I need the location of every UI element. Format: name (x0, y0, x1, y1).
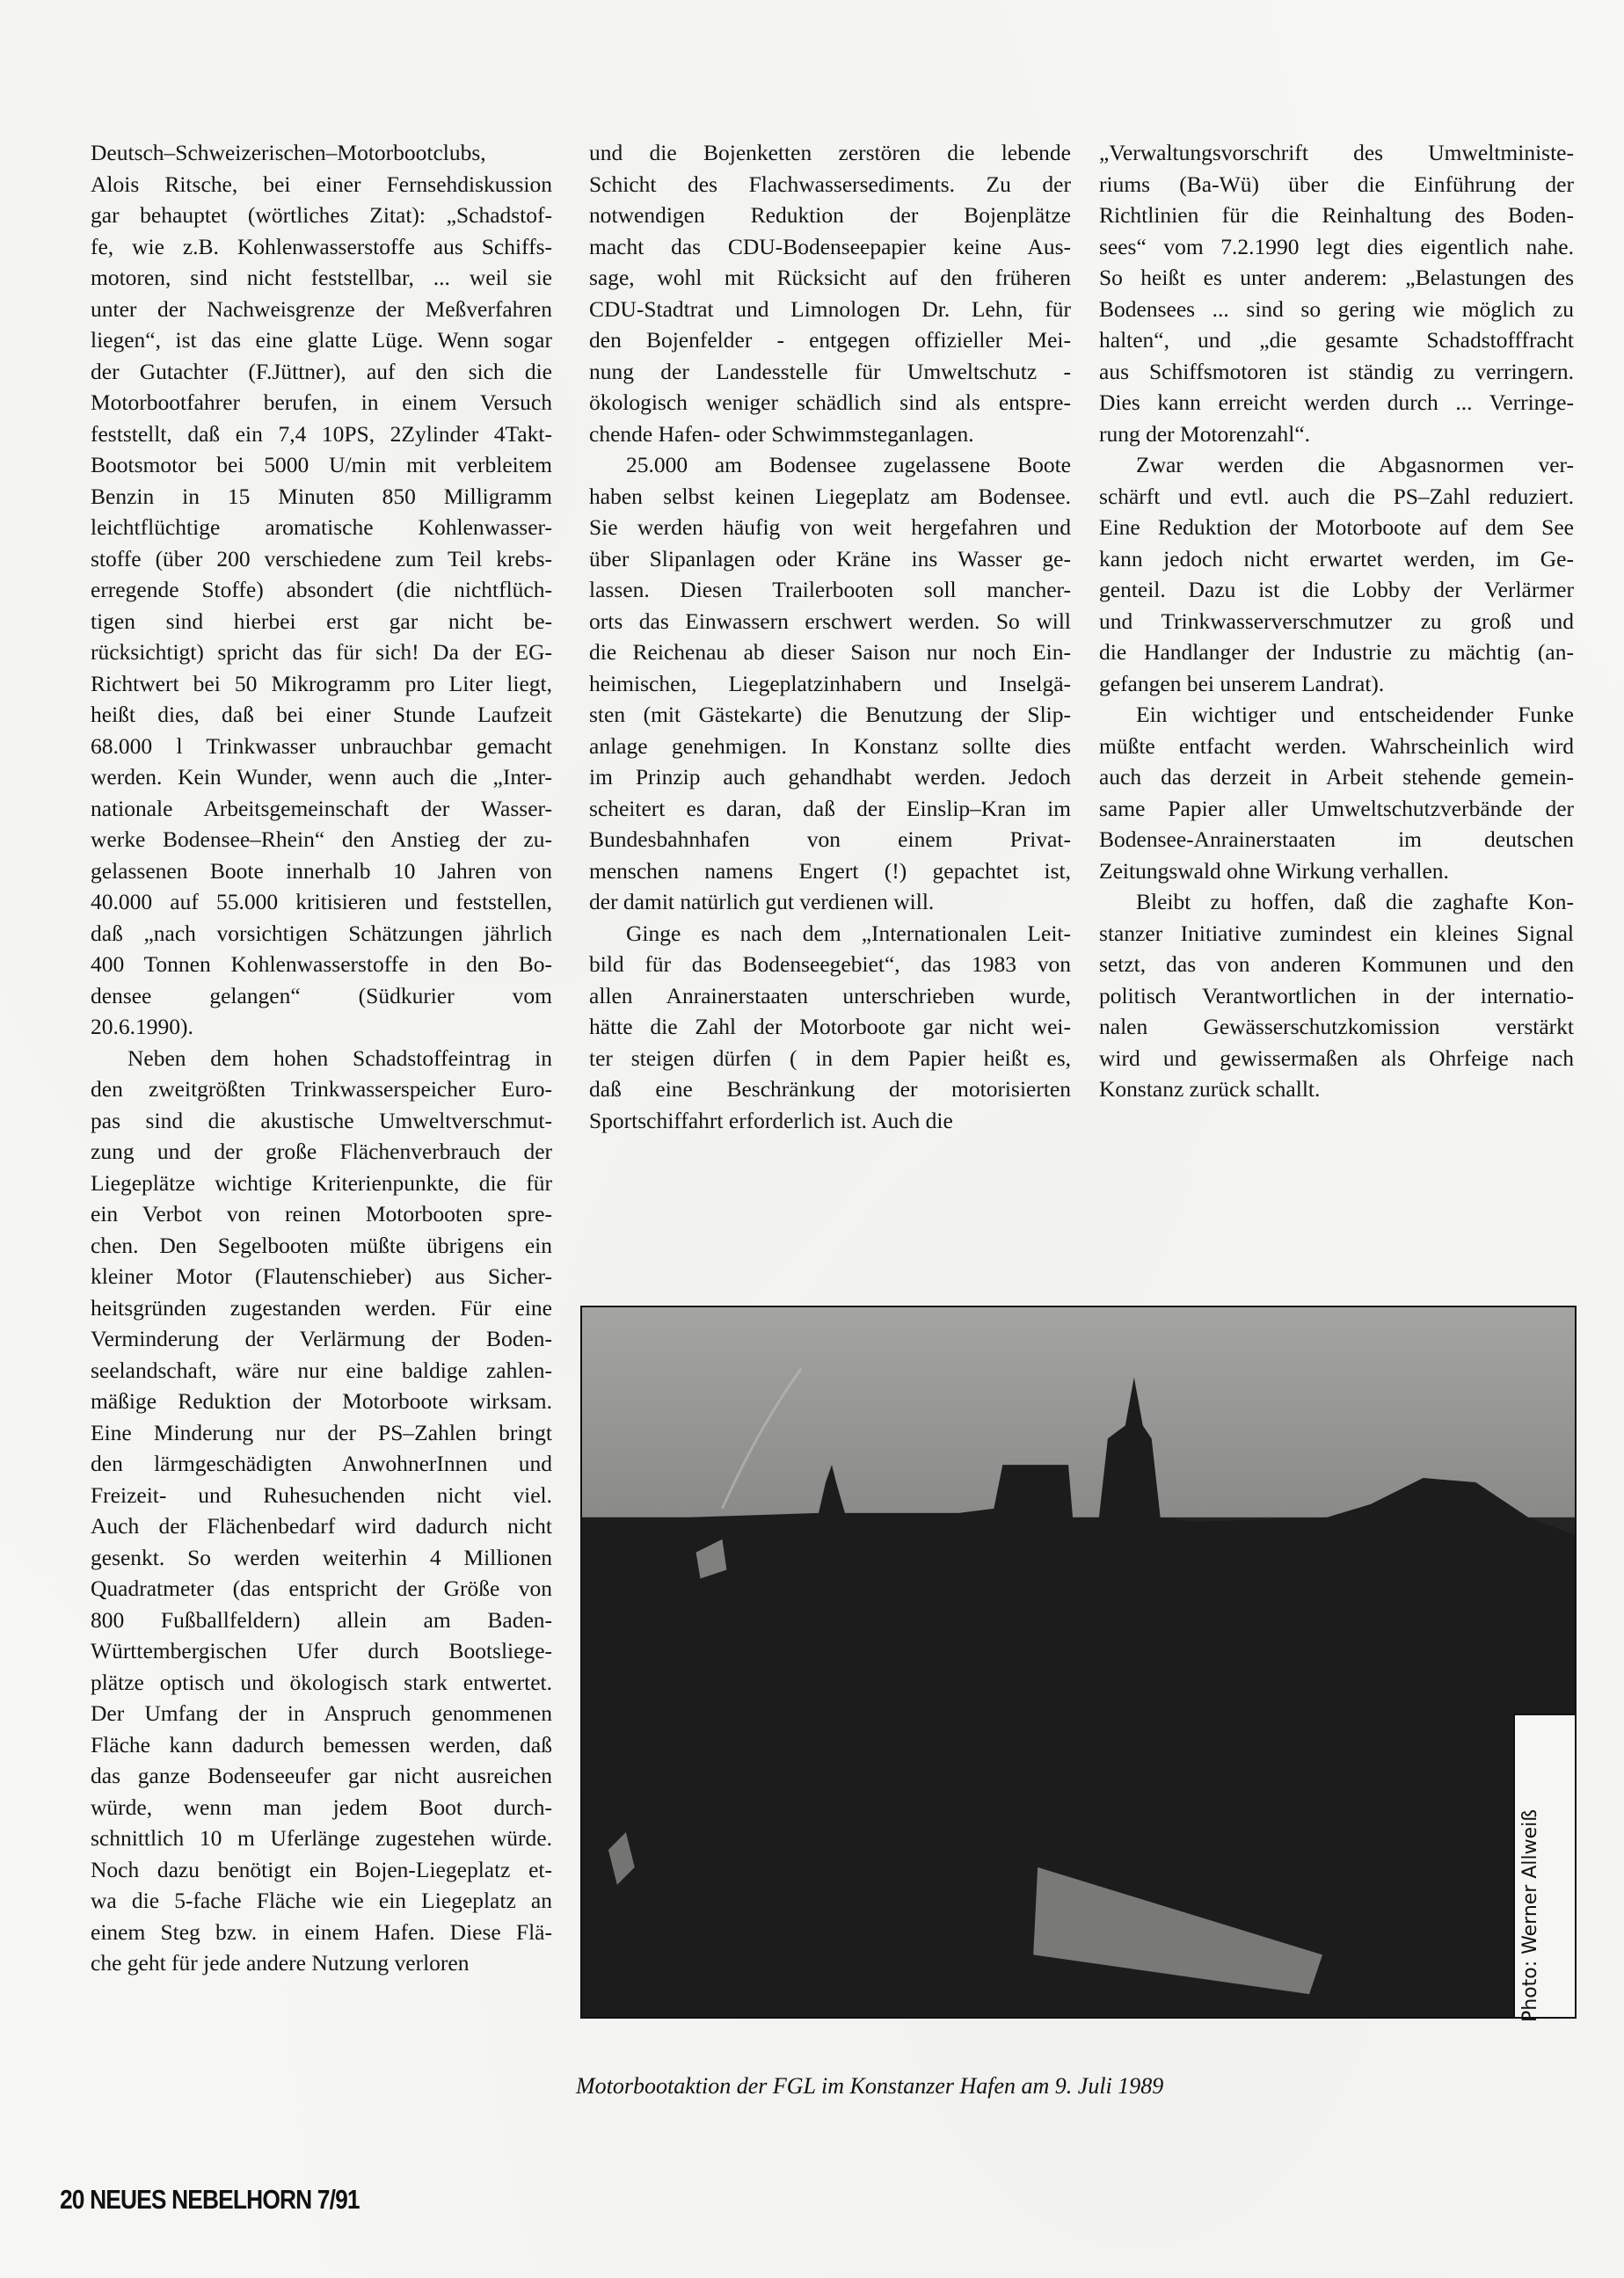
text-line: sten (mit Gästekarte) die Benutzung der … (589, 699, 1071, 731)
text-line: Freizeit- und Ruhesuchenden nicht viel. (91, 1480, 552, 1511)
text-line: der damit natürlich gut verdienen will. (589, 886, 1071, 918)
text-line: nalen Gewässerschutzkomission verstärkt (1099, 1011, 1574, 1043)
text-line: liegen“, ist das eine glatte Lüge. Wenn … (91, 324, 552, 356)
text-line: seelandschaft, wäre nur eine baldige zah… (91, 1355, 552, 1386)
text-line: wird und gewissermaßen als Ohrfeige nach (1099, 1043, 1574, 1074)
text-line: schärft und evtl. auch die PS–Zahl reduz… (1099, 481, 1574, 513)
harbour-photo (580, 1306, 1577, 2019)
text-line: menschen namens Engert (!) gepachtet ist… (589, 855, 1071, 887)
article-paragraph: Neben dem hohen Schadstoffeintrag inden … (91, 1043, 552, 1979)
text-line: setzt, das von anderen Kommunen und den (1099, 949, 1574, 980)
text-line: heitsgründen zugestanden werden. Für ein… (91, 1292, 552, 1324)
text-line: Sportschiffahrt erforderlich ist. Auch d… (589, 1105, 1071, 1137)
text-line: kann jedoch nicht erwartet werden, im Ge… (1099, 543, 1574, 575)
text-line: Bootsmotor bei 5000 U/min mit verbleitem (91, 449, 552, 481)
text-line: mäßige Reduktion der Motorboote wirksam. (91, 1386, 552, 1417)
text-line: den lärmgeschädigten AnwohnerInnen und (91, 1448, 552, 1480)
text-line: ter steigen dürfen ( in dem Papier heißt… (589, 1043, 1071, 1074)
text-line: Konstanz zurück schallt. (1099, 1073, 1574, 1105)
text-line: im Prinzip auch gehandhabt werden. Jedoc… (589, 761, 1071, 793)
text-line: das ganze Bodenseeufer gar nicht ausreic… (91, 1760, 552, 1792)
text-line: stoffe (über 200 verschiedene zum Teil k… (91, 543, 552, 575)
text-line: daß eine Beschränkung der motorisierten (589, 1073, 1071, 1105)
text-line: erregende Stoffe) absondert (die nichtfl… (91, 574, 552, 606)
text-line: bild für das Bodenseegebiet“, das 1983 v… (589, 949, 1071, 980)
text-line: 800 Fußballfeldern) allein am Baden- (91, 1605, 552, 1636)
text-line: gefangen bei unserem Landrat). (1099, 668, 1574, 700)
text-line: CDU-Stadtrat und Limnologen Dr. Lehn, fü… (589, 294, 1071, 325)
text-line: Richtwert bei 50 Mikrogramm pro Liter li… (91, 668, 552, 700)
text-line: Benzin in 15 Minuten 850 Milligramm (91, 481, 552, 513)
text-line: Verminderung der Verlärmung der Boden- (91, 1323, 552, 1355)
text-line: rung der Motorenzahl“. (1099, 418, 1574, 450)
magazine-page: Deutsch–Schweizerischen–Motorbootclubs,A… (0, 0, 1624, 2278)
text-line: halten“, und „die gesamte Schadstofffrac… (1099, 324, 1574, 356)
text-line: same Papier aller Umweltschutzverbände d… (1099, 793, 1574, 825)
text-line: plätze optisch und ökologisch stark entw… (91, 1667, 552, 1699)
text-line: notwendigen Reduktion der Bojenplätze (589, 200, 1071, 231)
text-line: werke Bodensee–Rhein“ den Anstieg der zu… (91, 824, 552, 855)
text-line: genteil. Dazu ist die Lobby der Verlärme… (1099, 574, 1574, 606)
text-line: daß „nach vorsichtigen Schätzungen jährl… (91, 918, 552, 950)
text-line: Ein wichtiger und entscheidender Funke (1099, 699, 1574, 731)
text-line: gesenkt. So werden weiterhin 4 Millionen (91, 1542, 552, 1574)
text-line: pas sind die akustische Umweltverschmut- (91, 1105, 552, 1137)
text-line: rücksichtigt) spricht das für sich! Da d… (91, 637, 552, 668)
text-line: Bleibt zu hoffen, daß die zaghafte Kon- (1099, 886, 1574, 918)
text-line: Zeitungswald ohne Wirkung verhallen. (1099, 855, 1574, 887)
text-line: müßte entfacht werden. Wahrscheinlich wi… (1099, 731, 1574, 762)
text-line: 68.000 l Trinkwasser unbrauchbar gemacht (91, 731, 552, 762)
article-column-2: und die Bojenketten zerstören die lebend… (589, 137, 1071, 1136)
text-line: Motorbootfahrer berufen, in einem Versuc… (91, 387, 552, 418)
article-paragraph: „Verwaltungsvorschrift des Umweltministe… (1099, 137, 1574, 449)
text-line: und die Bojenketten zerstören die lebend… (589, 137, 1071, 169)
text-line: Bundesbahnhafen von einem Privat- (589, 824, 1071, 855)
text-line: Liegeplätze wichtige Kriterienpunkte, di… (91, 1168, 552, 1199)
text-line: Eine Minderung nur der PS–Zahlen bringt (91, 1417, 552, 1449)
text-line: gar behauptet (wörtliches Zitat): „Schad… (91, 200, 552, 231)
text-line: ein Verbot von reinen Motorbooten spre- (91, 1198, 552, 1230)
text-line: über Slipanlagen oder Kräne ins Wasser g… (589, 543, 1071, 575)
text-line: Neben dem hohen Schadstoffeintrag in (91, 1043, 552, 1074)
text-line: leichtflüchtige aromatische Kohlenwasser… (91, 512, 552, 543)
text-line: werden. Kein Wunder, wenn auch die „Inte… (91, 761, 552, 793)
text-line: chen. Den Segelbooten müßte übrigens ein (91, 1230, 552, 1262)
text-line: stanzer Initiative zumindest ein kleines… (1099, 918, 1574, 950)
text-line: motoren, sind nicht feststellbar, ... we… (91, 262, 552, 294)
text-line: kleiner Motor (Flautenschieber) aus Sich… (91, 1261, 552, 1292)
text-line: Deutsch–Schweizerischen–Motorbootclubs, (91, 137, 552, 169)
text-line: macht das CDU-Bodenseepapier keine Aus- (589, 231, 1071, 263)
text-line: 20.6.1990). (91, 1011, 552, 1043)
article-paragraph: Ginge es nach dem „Internationalen Leit-… (589, 918, 1071, 1137)
text-line: die Handlanger der Industrie zu mächtig … (1099, 637, 1574, 668)
text-line: aus Schiffsmotoren ist ständig zu verrin… (1099, 356, 1574, 388)
text-line: Alois Ritsche, bei einer Fernsehdiskussi… (91, 169, 552, 200)
text-line: ökologisch weniger schädlich sind als en… (589, 387, 1071, 418)
text-line: che geht für jede andere Nutzung verlore… (91, 1947, 552, 1979)
text-line: scheitert es daran, daß der Einslip–Kran… (589, 793, 1071, 825)
text-line: tigen sind hierbei erst gar nicht be- (91, 606, 552, 637)
text-line: politisch Verantwortlichen in der intern… (1099, 980, 1574, 1012)
text-line: 25.000 am Bodensee zugelassene Boote (589, 449, 1071, 481)
text-line: 400 Tonnen Kohlenwasserstoffe in den Bo- (91, 949, 552, 980)
text-line: orts das Einwassern erschwert werden. So… (589, 606, 1071, 637)
text-line: 40.000 auf 55.000 kritisieren und festst… (91, 886, 552, 918)
text-line: wa die 5-fache Fläche wie ein Liegeplatz… (91, 1885, 552, 1917)
text-line: würde, wenn man jedem Boot durch- (91, 1792, 552, 1823)
text-line: Quadratmeter (das entspricht der Größe v… (91, 1573, 552, 1605)
text-line: Bodensees ... sind so gering wie möglich… (1099, 294, 1574, 325)
article-paragraph: Deutsch–Schweizerischen–Motorbootclubs,A… (91, 137, 552, 1043)
text-line: nung der Landesstelle für Umweltschutz - (589, 356, 1071, 388)
text-line: Noch dazu benötigt ein Bojen-Liegeplatz … (91, 1854, 552, 1886)
text-line: gelassenen Boote innerhalb 10 Jahren von (91, 855, 552, 887)
text-line: densee gelangen“ (Südkurier vom (91, 980, 552, 1012)
photo-caption: Motorbootaktion der FGL im Konstanzer Ha… (576, 2073, 1163, 2100)
text-line: haben selbst keinen Liegeplatz am Bodens… (589, 481, 1071, 513)
text-line: den zweitgrößten Trinkwasserspeicher Eur… (91, 1073, 552, 1105)
text-line: fe, wie z.B. Kohlenwasserstoffe aus Schi… (91, 231, 552, 263)
article-paragraph: Bleibt zu hoffen, daß die zaghafte Kon-s… (1099, 886, 1574, 1105)
text-line: feststellt, daß ein 7,4 10PS, 2Zylinder … (91, 418, 552, 450)
page-footer: 20 NEUES NEBELHORN 7/91 (60, 2184, 360, 2216)
article-column-3: „Verwaltungsvorschrift des Umweltministe… (1099, 137, 1574, 1105)
text-line: sage, wohl mit Rücksicht auf den frühere… (589, 262, 1071, 294)
text-line: sees“ vom 7.2.1990 legt dies eigentlich … (1099, 231, 1574, 263)
text-line: heimischen, Liegeplatzinhabern und Insel… (589, 668, 1071, 700)
article-paragraph: und die Bojenketten zerstören die lebend… (589, 137, 1071, 449)
text-line: Württembergischen Ufer durch Bootsliege- (91, 1635, 552, 1667)
text-line: nationale Arbeitsgemeinschaft der Wasser… (91, 793, 552, 825)
article-paragraph: 25.000 am Bodensee zugelassene Bootehabe… (589, 449, 1071, 918)
photo-credit: Photo: Werner Allweiß (1519, 1809, 1541, 2022)
text-line: auch das derzeit in Arbeit stehende geme… (1099, 761, 1574, 793)
text-line: Bodensee-Anrainerstaaten im deutschen (1099, 824, 1574, 855)
text-line: riums (Ba-Wü) über die Einführung der (1099, 169, 1574, 200)
text-line: Eine Reduktion der Motorboote auf dem Se… (1099, 512, 1574, 543)
text-line: Ginge es nach dem „Internationalen Leit- (589, 918, 1071, 950)
text-line: Auch der Flächenbedarf wird dadurch nich… (91, 1510, 552, 1542)
text-line: zung und der große Flächenverbrauch der (91, 1136, 552, 1168)
text-line: hätte die Zahl der Motorboote gar nicht … (589, 1011, 1071, 1043)
text-line: und Trinkwasserverschmutzer zu groß und (1099, 606, 1574, 637)
text-line: „Verwaltungsvorschrift des Umweltministe… (1099, 137, 1574, 169)
text-line: Richtlinien für die Reinhaltung des Bode… (1099, 200, 1574, 231)
text-line: Zwar werden die Abgasnormen ver- (1099, 449, 1574, 481)
text-line: heißt dies, daß bei einer Stunde Laufzei… (91, 699, 552, 731)
text-line: Sie werden häufig von weit hergefahren u… (589, 512, 1071, 543)
article-paragraph: Ein wichtiger und entscheidender Funkemü… (1099, 699, 1574, 886)
text-line: Dies kann erreicht werden durch ... Verr… (1099, 387, 1574, 418)
text-line: der Gutachter (F.Jüttner), auf den sich … (91, 356, 552, 388)
text-line: lassen. Diesen Trailerbooten soll manche… (589, 574, 1071, 606)
text-line: Fläche kann dadurch bemessen werden, daß (91, 1729, 552, 1761)
text-line: Schicht des Flachwassersediments. Zu der (589, 169, 1071, 200)
photo-skyline-illustration (582, 1307, 1575, 2017)
text-line: unter der Nachweisgrenze der Meßverfahre… (91, 294, 552, 325)
text-line: die Reichenau ab dieser Saison nur noch … (589, 637, 1071, 668)
text-line: So heißt es unter anderem: „Belastungen … (1099, 262, 1574, 294)
text-line: einem Steg bzw. in einem Hafen. Diese Fl… (91, 1917, 552, 1948)
text-line: schnittlich 10 m Uferlänge zugestehen wü… (91, 1823, 552, 1854)
text-line: anlage genehmigen. In Konstanz sollte di… (589, 731, 1071, 762)
article-paragraph: Zwar werden die Abgasnormen ver-schärft … (1099, 449, 1574, 699)
article-column-1: Deutsch–Schweizerischen–Motorbootclubs,A… (91, 137, 552, 1979)
text-line: Der Umfang der in Anspruch genommenen (91, 1698, 552, 1729)
text-line: chende Hafen- oder Schwimmsteganlagen. (589, 418, 1071, 450)
text-line: allen Anrainerstaaten unterschrieben wur… (589, 980, 1071, 1012)
text-line: den Bojenfelder - entgegen offizieller M… (589, 324, 1071, 356)
